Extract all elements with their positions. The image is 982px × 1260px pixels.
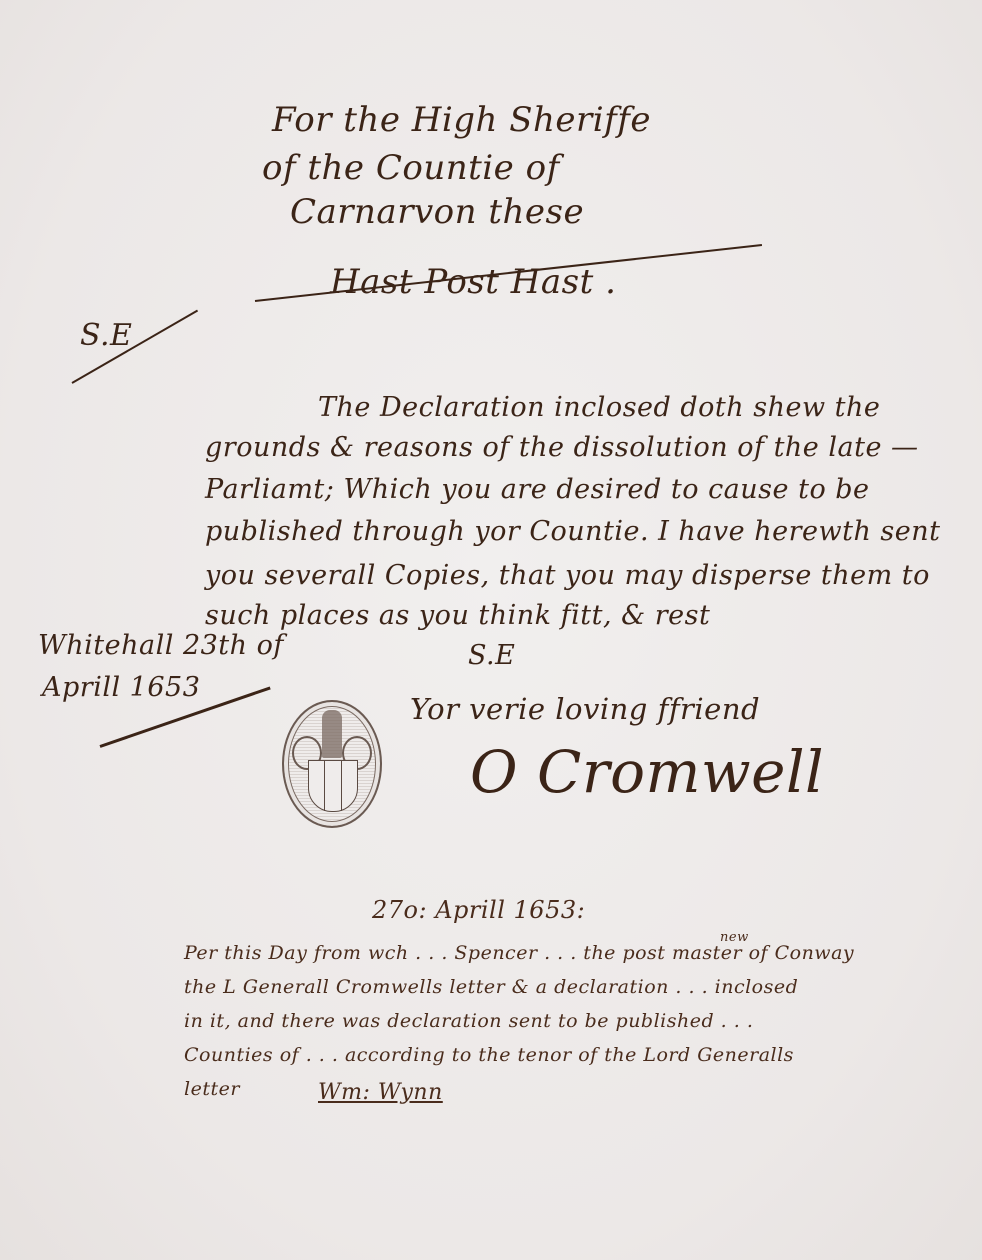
seal-crest xyxy=(322,710,342,758)
document-page: For the High Sheriffe of the Countie of … xyxy=(0,0,982,1260)
body-line-1: The Declaration inclosed doth shew the xyxy=(318,392,880,423)
body-line-3: Parliamt; Which you are desired to cause… xyxy=(205,474,870,505)
body-line-5: you severall Copies, that you may disper… xyxy=(205,560,930,591)
body-line-6: such places as you think fitt, & rest xyxy=(205,600,710,631)
endorsement-line-2: the L Generall Cromwells letter & a decl… xyxy=(184,976,798,998)
body-line-2: grounds & reasons of the dissolution of … xyxy=(205,432,919,463)
address-line-1: For the High Sheriffe xyxy=(272,100,651,140)
body-line-4: published through yor Countie. I have he… xyxy=(205,516,941,547)
armorial-seal-image xyxy=(282,700,382,828)
margin-mark: S.E xyxy=(80,318,132,353)
endorsement-line-1: Per this Day from wch . . . Spencer . . … xyxy=(184,942,854,964)
urgency-note: Hast Post Hast . xyxy=(330,262,616,302)
endorsement-date: 27o: Aprill 1653: xyxy=(372,896,585,924)
seal-shield-icon xyxy=(308,760,358,812)
dateline-date: Aprill 1653 xyxy=(42,672,200,703)
endorsement-line-5: letter xyxy=(184,1078,240,1100)
endorsement-signature: Wm: Wynn xyxy=(318,1080,443,1105)
address-line-2: of the Countie of xyxy=(262,148,560,188)
dateline-place: Whitehall 23th of xyxy=(38,630,284,661)
endorsement-line-4: Counties of . . . according to the tenor… xyxy=(184,1044,794,1066)
valediction: Yor verie loving ffriend xyxy=(410,692,760,726)
endorsement-line-3: in it, and there was declaration sent to… xyxy=(184,1010,753,1032)
cromwell-signature: O Cromwell xyxy=(470,738,824,806)
address-line-3: Carnarvon these xyxy=(290,192,584,232)
closing-initials: S.E xyxy=(468,640,515,671)
